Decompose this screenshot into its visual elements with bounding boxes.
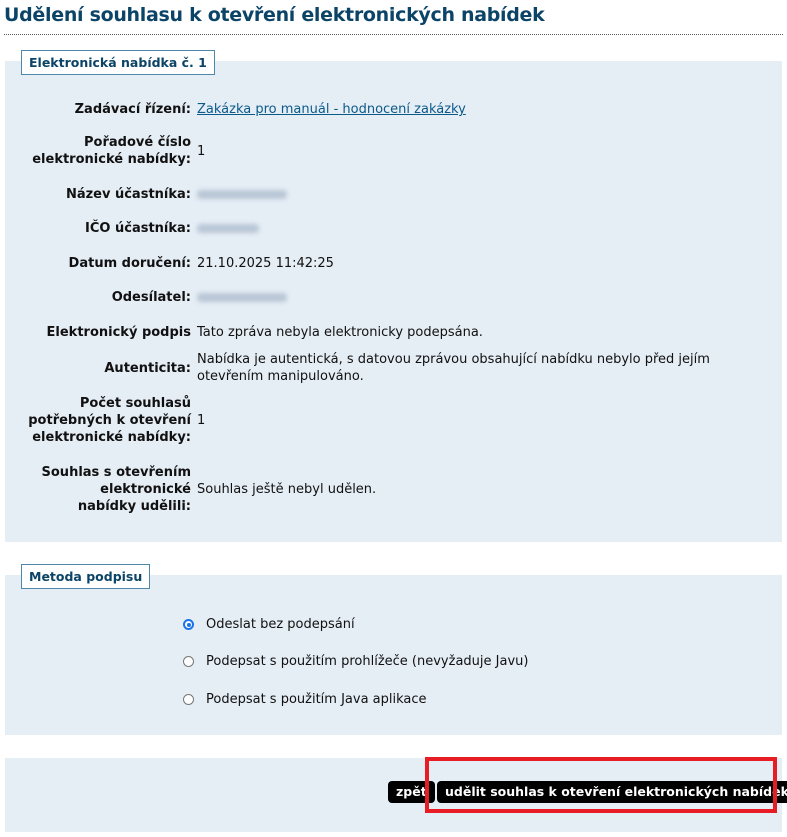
label-consents-given: Souhlas s otevřenímelektronickénabídky u… [5, 464, 197, 515]
radio-label: Podepsat s použitím prohlížeče (nevyžadu… [206, 654, 528, 669]
radio-java-signature[interactable]: Podepsat s použitím Java aplikace [183, 692, 427, 707]
procurement-link[interactable]: Zakázka pro manuál - hodnocení zakázky [197, 102, 466, 117]
row-procurement: Zadávací řízení: Zakázka pro manuál - ho… [5, 101, 782, 118]
row-consents-given: Souhlas s otevřenímelektronickénabídky u… [5, 464, 782, 515]
consents-given-value: Souhlas ještě nebyl udělen. [197, 481, 782, 498]
offer-number-value: 1 [197, 143, 782, 160]
e-signature-value: Tato zpráva nebyla elektronicky podepsán… [197, 324, 782, 341]
label-sender: Odesílatel: [5, 289, 197, 307]
radio-unselected-icon[interactable] [183, 656, 194, 667]
label-line: Pořadové číslo [5, 134, 191, 151]
row-consents-needed: Počet souhlasůpotřebných k otevřeníelekt… [5, 395, 782, 446]
label-line: elektronické [5, 481, 191, 498]
label-participant-name: Název účastníka: [5, 186, 197, 204]
label-line: elektronické nabídky: [5, 151, 191, 168]
radio-unselected-icon[interactable] [183, 694, 194, 705]
signature-panel: Odeslat bez podepsání Podepsat s použití… [5, 575, 782, 735]
label-authenticity: Autenticita: [5, 360, 197, 377]
row-participant-name: Název účastníka: [5, 186, 782, 204]
row-authenticity: Autenticita: Nabídka je autentická, s da… [5, 350, 782, 386]
row-participant-ico: IČO účastníka: [5, 220, 782, 238]
label-delivery-date: Datum doručení: [5, 255, 197, 272]
label-line: potřebných k otevření [5, 412, 191, 429]
page-title: Udělení souhlasu k otevření elektronický… [4, 4, 544, 26]
radio-no-signature[interactable]: Odeslat bez podepsání [183, 617, 355, 632]
consents-needed-value: 1 [197, 412, 782, 429]
participant-name-redacted [197, 190, 287, 199]
sender-redacted [197, 293, 287, 302]
title-divider [4, 34, 783, 35]
label-consents-needed: Počet souhlasůpotřebných k otevřeníelekt… [5, 395, 197, 446]
label-offer-number: Pořadové čísloelektronické nabídky: [5, 134, 197, 168]
authenticity-value: Nabídka je autentická, s datovou zprávou… [197, 351, 782, 385]
radio-selected-icon[interactable] [183, 619, 194, 630]
row-e-signature: Elektronický podpis Tato zpráva nebyla e… [5, 324, 782, 341]
delivery-date-value: 21.10.2025 11:42:25 [197, 255, 782, 272]
offer-panel: Zadávací řízení: Zakázka pro manuál - ho… [5, 61, 782, 542]
label-procurement: Zadávací řízení: [5, 101, 197, 118]
highlight-box [425, 757, 777, 813]
row-offer-number: Pořadové čísloelektronické nabídky: 1 [5, 134, 782, 168]
offer-legend: Elektronická nabídka č. 1 [21, 50, 215, 75]
label-line: Počet souhlasů [5, 395, 191, 412]
label-e-signature: Elektronický podpis [5, 324, 197, 341]
row-delivery-date: Datum doručení: 21.10.2025 11:42:25 [5, 255, 782, 272]
radio-browser-signature[interactable]: Podepsat s použitím prohlížeče (nevyžadu… [183, 654, 528, 669]
radio-label: Podepsat s použitím Java aplikace [206, 692, 427, 707]
participant-ico-redacted [197, 224, 259, 233]
row-sender: Odesílatel: [5, 289, 782, 307]
label-line: nabídky udělili: [5, 498, 191, 515]
label-line: Souhlas s otevřením [5, 464, 191, 481]
signature-legend: Metoda podpisu [21, 564, 150, 589]
radio-label: Odeslat bez podepsání [206, 617, 355, 632]
label-participant-ico: IČO účastníka: [5, 220, 197, 238]
label-line: elektronické nabídky: [5, 429, 191, 446]
